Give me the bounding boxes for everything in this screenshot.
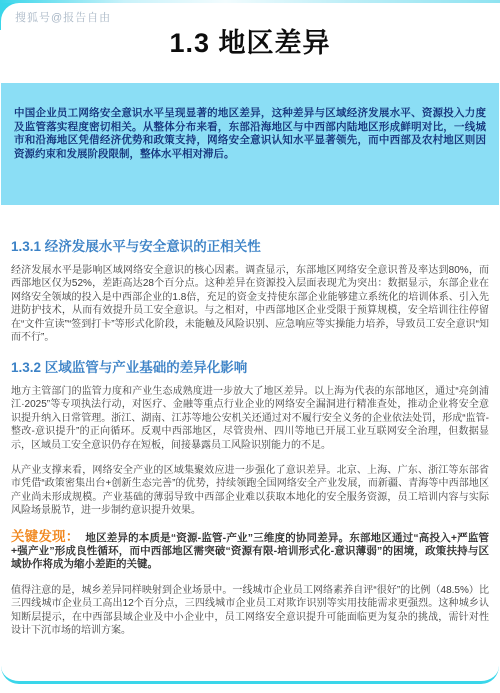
- section-1-3-1-paragraph: 经济发展水平是影响区域网络安全意识的核心因素。调查显示，东部地区网络安全意识普及…: [11, 264, 489, 344]
- section-heading-1-3-2: 1.3.2 区域监管与产业基础的差异化影响: [11, 359, 489, 377]
- section-1-3-2-paragraph-1: 地方主管部门的监管力度和产业生态成熟度进一步放大了地区差异。以上海为代表的东部地…: [11, 385, 489, 452]
- content-card: 搜狐号@报告自由 1.3 地区差异 中国企业员工网络安全意识水平呈现显著的地区差…: [1, 3, 499, 684]
- key-finding-label: 关键发现：: [11, 529, 79, 544]
- intro-highlight-box: 中国企业员工网络安全意识水平呈现显著的地区差异，这种差异与区域经济发展水平、资源…: [1, 83, 499, 205]
- section-1-3-2-paragraph-2: 从产业支撑来看，网络安全产业的区域集聚效应进一步强化了意识差异。北京、上海、广东…: [11, 464, 489, 518]
- page-title: 1.3 地区差异: [1, 27, 499, 59]
- watermark: 搜狐号@报告自由: [15, 9, 111, 25]
- key-finding: 关键发现： 地区差异的本质是“资源-监管-产业”三维度的协同差异。东部地区通过“…: [11, 530, 489, 572]
- report-page: 搜狐号@报告自由 1.3 地区差异 中国企业员工网络安全意识水平呈现显著的地区差…: [0, 0, 500, 693]
- closing-paragraph: 值得注意的是，城乡差异同样映射到企业场景中。一线城市企业员工网络素养自评“很好”…: [11, 584, 489, 638]
- intro-text: 中国企业员工网络安全意识水平呈现显著的地区差异，这种差异与区域经济发展水平、资源…: [14, 107, 486, 161]
- section-heading-1-3-1: 1.3.1 经济发展水平与安全意识的正相关性: [11, 238, 489, 256]
- key-finding-text: 地区差异的本质是“资源-监管-产业”三维度的协同差异。东部地区通过“高投入+严监…: [11, 532, 489, 571]
